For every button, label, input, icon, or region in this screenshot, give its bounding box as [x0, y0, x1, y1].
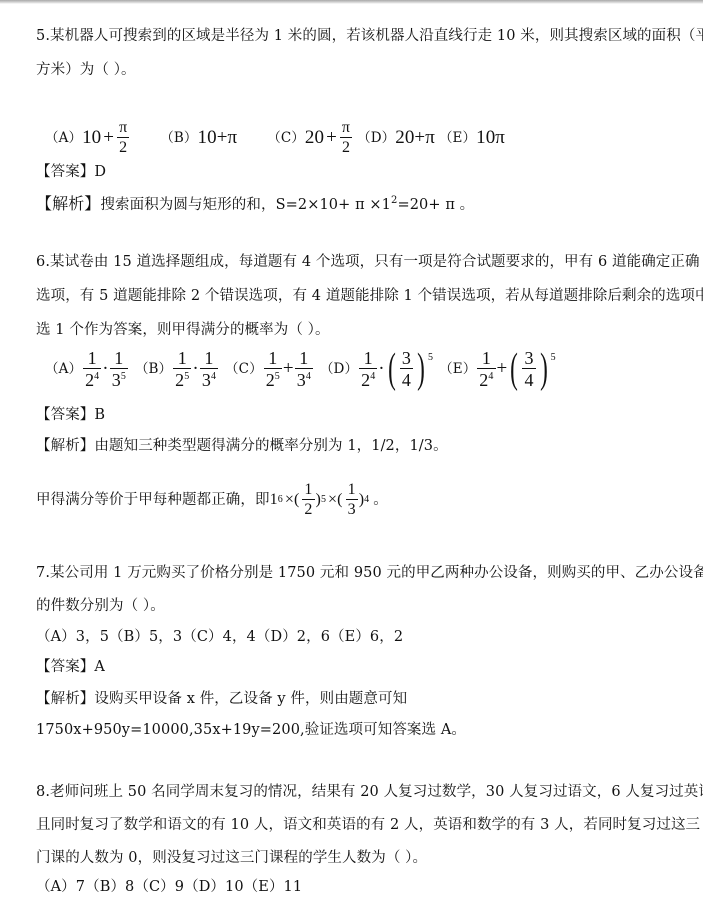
question-6-answer: 【答案】B: [36, 405, 105, 425]
question-number: 8.: [36, 784, 50, 800]
option-b-label: （B）: [160, 128, 197, 148]
question-number: 5.: [36, 28, 50, 44]
question-number: 6.: [36, 254, 50, 270]
option-a-label: （A）: [45, 359, 82, 379]
analysis-tag: 【解析】: [36, 194, 100, 213]
question-6-analysis-line-2: 甲得满分等价于甲每种题都正确，即 16 ×(12)5 ×(13)4 。: [36, 478, 388, 522]
question-8-options: （A）7（B）8（C）9（D）10（E）11: [36, 877, 302, 897]
question-8-stem-line-2: 且同时复习了数学和语文的有 10 人，语文和英语的有 2 人，英语和数学的有 3…: [36, 815, 700, 835]
answer-value: D: [94, 164, 106, 180]
question-6-analysis-line-1: 【解析】由题知三种类型题得满分的概率分别为 1，1/2，1/3。: [36, 436, 448, 456]
option-c-label: （C）: [225, 359, 263, 379]
option-a-expression: 124 · 135: [82, 349, 129, 389]
question-6-stem-line-2: 选项，有 5 道题能排除 2 个错误选项，有 4 道题能排除 1 个错误选项，若…: [36, 286, 703, 306]
answer-tag: 【答案】: [36, 659, 94, 675]
option-d-expression: 20+π: [395, 128, 435, 148]
option-e-label: （E）: [439, 128, 476, 148]
option-e-label: （E）: [439, 359, 476, 379]
question-6-stem-line-3: 选 1 个作为答案，则甲得满分的概率为（ ）。: [36, 320, 330, 340]
option-d-expression: 124 · (34)5: [358, 348, 433, 390]
question-5-analysis: 【解析】搜索面积为圆与矩形的和，S=2×10+ π ×12=20+ π 。: [36, 191, 474, 215]
option-d-label: （D）: [357, 128, 395, 148]
question-7-options: （A）3，5（B）5，3（C）4，4（D）2，6（E）6，2: [36, 627, 403, 647]
answer-tag: 【答案】: [36, 164, 94, 180]
answer-value: A: [94, 659, 105, 675]
question-7-analysis-line-2: 1750x+950y=10000,35x+19y=200,验证选项可知答案选 A…: [36, 720, 466, 740]
answer-tag: 【答案】: [36, 407, 94, 423]
question-5-stem-line-1: 5.某机器人可搜索到的区域是半径为 1 米的圆，若该机器人沿直线行走 10 米，…: [36, 26, 703, 46]
option-b-expression: 10+π: [198, 128, 238, 148]
analysis-formula: 16 ×(12)5 ×(13)4: [270, 482, 370, 518]
option-a-label: （A）: [45, 128, 82, 148]
answer-value: B: [94, 407, 105, 423]
question-5-answer: 【答案】D: [36, 162, 106, 182]
analysis-tag: 【解析】: [36, 438, 94, 454]
question-5-stem-line-2: 方米）为（ ）。: [36, 60, 136, 80]
option-e-expression: 10π: [476, 128, 505, 148]
option-c-expression: 125 + 134: [263, 349, 314, 389]
question-7-stem-line-1: 7.某公司用 1 万元购买了价格分别是 1750 元和 950 元的甲乙两种办公…: [36, 563, 703, 583]
question-8-stem-line-3: 门课的人数为 0，则没复习过这三门课程的学生人数为（ ）。: [36, 848, 427, 868]
question-number: 7.: [36, 565, 50, 581]
question-7-analysis-line-1: 【解析】设购买甲设备 x 件，乙设备 y 件，则由题意可知: [36, 689, 407, 709]
question-5-options: （A） 10+ π2 （B） 10+π （C） 20+ π2 （D） 20+π …: [45, 118, 505, 158]
option-a-expression: 10+ π2: [82, 120, 130, 156]
question-6-stem-line-1: 6.某试卷由 15 道选择题组成，每道题有 4 个选项，只有一项是符合试题要求的…: [36, 252, 700, 272]
question-7-answer: 【答案】A: [36, 657, 105, 677]
option-b-expression: 125 · 134: [172, 349, 219, 389]
option-d-label: （D）: [320, 359, 358, 379]
question-7-stem-line-2: 的件数分别为（ ）。: [36, 596, 165, 616]
option-c-expression: 20+ π2: [305, 120, 353, 156]
option-b-label: （B）: [135, 359, 172, 379]
question-6-options: （A） 124 · 135 （B） 125 · 134 （C） 125 + 13…: [45, 344, 556, 394]
analysis-tag: 【解析】: [36, 691, 94, 707]
option-c-label: （C）: [267, 128, 305, 148]
question-8-stem-line-1: 8.老师问班上 50 名同学周末复习的情况，结果有 20 人复习过数学，30 人…: [36, 782, 703, 802]
option-e-expression: 124 + (34)5: [476, 348, 555, 390]
top-edge-shadow: [0, 0, 703, 4]
